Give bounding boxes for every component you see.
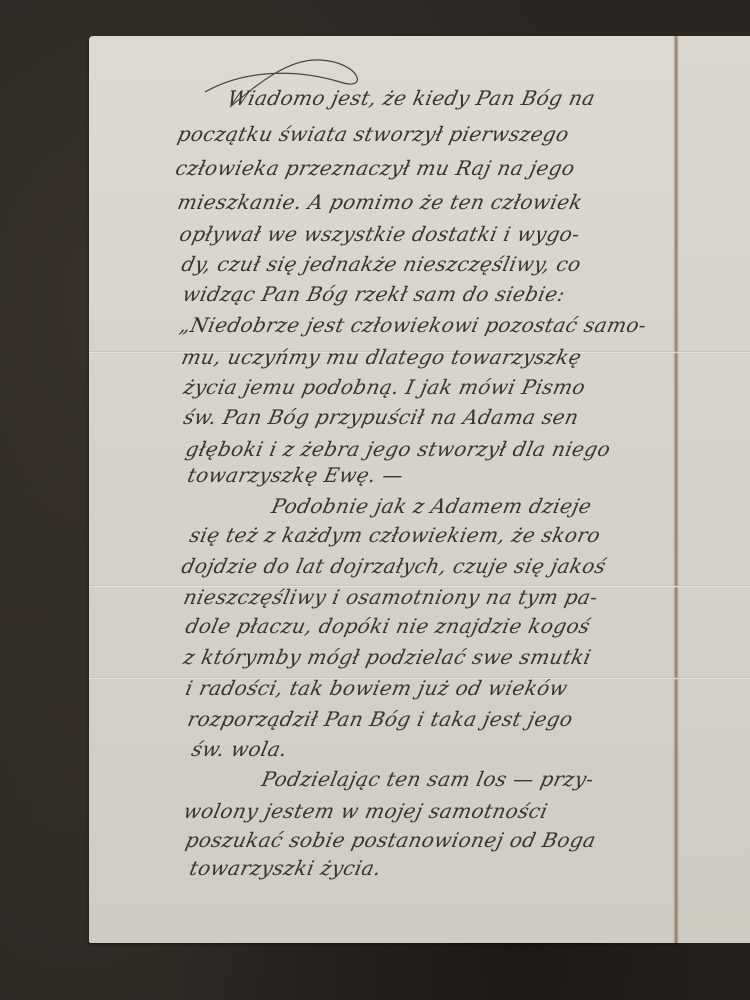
text-line: i radości, tak bowiem już od wieków <box>183 676 570 700</box>
text-line: człowieka przeznaczył mu Raj na jego <box>173 156 577 180</box>
text-line: nieszczęśliwy i osamotniony na tym pa- <box>181 585 600 609</box>
text-line: życia jemu podobną. I jak mówi Pismo <box>181 375 587 399</box>
text-line: początku świata stworzył pierwszego <box>175 122 571 146</box>
text-line: opływał we wszystkie dostatki i wygo- <box>177 222 582 246</box>
text-line: głęboki i z żebra jego stworzył dla nieg… <box>183 437 612 461</box>
text-line: św. Pan Bóg przypuścił na Adama sen <box>181 405 581 429</box>
text-line: poszukać sobie postanowionej od Boga <box>183 828 598 852</box>
text-line: towarzyszki życia. <box>187 856 383 880</box>
text-line: dole płaczu, dopóki nie znajdzie kogoś <box>183 614 592 638</box>
text-line: z którymby mógł podzielać swe smutki <box>181 645 593 669</box>
text-line: widząc Pan Bóg rzekł sam do siebie: <box>180 282 567 306</box>
text-line: rozporządził Pan Bóg i taka jest jego <box>185 707 575 731</box>
page-fold-spine <box>673 36 679 943</box>
text-line: „Niedobrze jest człowiekowi pozostać sam… <box>177 313 648 337</box>
text-line: dojdzie do lat dojrzałych, czuje się jak… <box>179 554 608 578</box>
second-page-sheet <box>676 36 750 943</box>
text-line: wolony jestem w mojej samotności <box>181 799 550 823</box>
text-line: Wiadomo jest, że kiedy Pan Bóg na <box>225 86 597 110</box>
text-line: mu, uczyńmy mu dlatego towarzyszkę <box>179 345 583 369</box>
text-line: Podobnie jak z Adamem dzieje <box>269 494 594 518</box>
text-line: towarzyszkę Ewę. — <box>185 463 405 487</box>
text-line: św. wola. <box>189 737 289 761</box>
text-line: Podzielając ten sam los — przy- <box>259 767 596 791</box>
text-line: mieszkanie. A pomimo że ten człowiek <box>175 190 584 214</box>
text-line: dy, czuł się jednakże nieszczęśliwy, co <box>179 252 583 276</box>
text-line: się też z każdym człowiekiem, że skoro <box>187 523 602 547</box>
